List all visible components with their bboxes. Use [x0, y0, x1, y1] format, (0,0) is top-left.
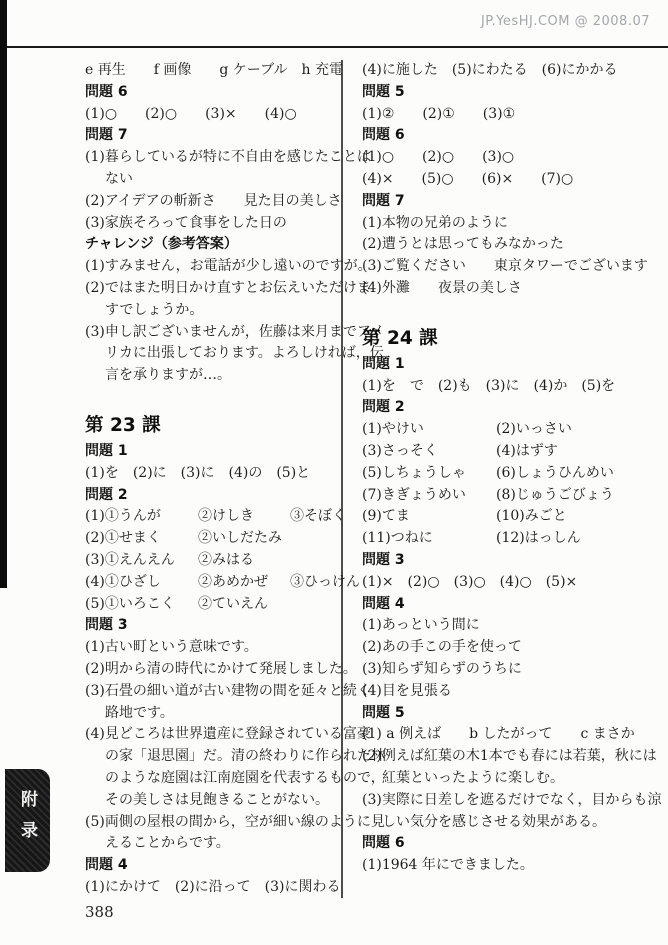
answer-row: (5)しちょうしゃ(6)しょうひんめい: [362, 463, 654, 485]
answer-line: (3)ご覧ください 東京タワーでございます: [362, 256, 654, 278]
answer-cell: (1)やけい: [362, 419, 496, 441]
answer-line: (1)にかけて (2)に沿って (3)に関わる: [85, 877, 341, 899]
answer-line: (3)家族そろって食事をした日の: [85, 213, 341, 235]
answer-row: (1)やけい(2)いっさい: [362, 419, 654, 441]
answer-cell: ②ていえん: [198, 594, 290, 616]
answer-line-continuation: ない: [85, 169, 341, 191]
answer-row: (3)さっそく(4)はずす: [362, 441, 654, 463]
answer-line-continuation: しい気分を感じさせる効果がある。: [362, 812, 654, 834]
answer-line: (1)本物の兄弟のように: [362, 213, 654, 235]
appendix-tab: 附录: [5, 769, 50, 872]
answer-line: (3)申し訳ございませんが，佐藤は来月までアメ: [85, 322, 341, 344]
problem-heading: チャレンジ（参考答案）: [85, 234, 341, 256]
answer-cell: (2)①せまく: [85, 528, 198, 550]
answer-cell: (5)①いろこく: [85, 594, 198, 616]
answer-row: (9)てま(10)みごと: [362, 506, 654, 528]
answer-line-continuation: えることからです。: [85, 833, 341, 855]
answer-cell: ③ひっけん: [290, 572, 360, 594]
answer-row: (1)①うんが②けしき③そぼく: [85, 506, 341, 528]
answer-cell: (1)①うんが: [85, 506, 198, 528]
answer-cell: (8)じゅうごびょう: [496, 485, 614, 507]
problem-heading: 問題 2: [362, 397, 654, 419]
problem-heading: 問題 6: [362, 833, 654, 855]
problem-heading: 問題 4: [85, 855, 341, 877]
answer-cell: (2)いっさい: [496, 419, 572, 441]
answer-line: (1)× (2)○ (3)○ (4)○ (5)×: [362, 572, 654, 594]
answer-row: (5)①いろこく②ていえん: [85, 594, 341, 616]
answer-line: (5)両側の屋根の間から，空が細い線のように見: [85, 812, 341, 834]
answer-line: (1) a 例えば b したがって c まさか: [362, 724, 654, 746]
answer-cell: (7)きぎょうめい: [362, 485, 496, 507]
answer-cell: (5)しちょうしゃ: [362, 463, 496, 485]
page-number: 388: [85, 903, 114, 921]
answer-cell: ②いしだたみ: [198, 528, 290, 550]
answer-cell: (12)はっしん: [496, 528, 581, 550]
answer-line: (4)× (5)○ (6)× (7)○: [362, 169, 654, 191]
appendix-tab-label: 附录: [15, 790, 40, 852]
answer-line: (3)実際に日差しを遮るだけでなく，目からも涼: [362, 790, 654, 812]
answer-line: (1)あっという間に: [362, 615, 654, 637]
answer-line: (2)遭うとは思ってもみなかった: [362, 234, 654, 256]
answer-line: (4)に施した (5)にわたる (6)にかかる: [362, 60, 654, 82]
answer-line: (1)暮らしているが特に不自由を感じたことは: [85, 147, 341, 169]
answer-line-continuation: 紅葉といったように楽しむ。: [362, 768, 654, 790]
answer-line: (4)見どころは世界遺産に登録されている富豪: [85, 724, 341, 746]
problem-heading: 問題 5: [362, 703, 654, 725]
answer-line-continuation: その美しさは見飽きることがない。: [85, 790, 341, 812]
answer-line: (1)古い町という意味です。: [85, 637, 341, 659]
answer-cell: (4)①ひざし: [85, 572, 198, 594]
answer-cell: ③そぼく: [290, 506, 346, 528]
problem-heading: 問題 3: [85, 615, 341, 637]
problem-heading: 問題 3: [362, 550, 654, 572]
problem-heading: 問題 5: [362, 82, 654, 104]
chapter-heading: 第 23 課: [85, 411, 341, 441]
answer-line: (1)を (2)に (3)に (4)の (5)と: [85, 463, 341, 485]
right-column: (4)に施した (5)にわたる (6)にかかる問題 5(1)② (2)① (3)…: [362, 60, 654, 877]
answer-line: (1)○ (2)○ (3)○: [362, 147, 654, 169]
answer-cell: (9)てま: [362, 506, 496, 528]
answer-line: e 再生 f 画像 g ケーブル h 充電: [85, 60, 341, 82]
answer-row: (7)きぎょうめい(8)じゅうごびょう: [362, 485, 654, 507]
answer-line: (2)ではまた明日かけ直すとお伝えいただけま: [85, 278, 341, 300]
header-rule: [0, 46, 668, 48]
answer-cell: (3)さっそく: [362, 441, 496, 463]
answer-cell: (6)しょうひんめい: [496, 463, 614, 485]
problem-heading: 問題 2: [85, 485, 341, 507]
answer-line: (2)例えば紅葉の木1本でも春には若葉，秋には: [362, 746, 654, 768]
chapter-heading: 第 24 課: [362, 324, 654, 354]
answer-line: (1)1964 年にできました。: [362, 855, 654, 877]
answer-line: (1)② (2)① (3)①: [362, 104, 654, 126]
problem-heading: 問題 1: [362, 354, 654, 376]
answer-line-continuation: 路地です。: [85, 703, 341, 725]
answer-line-continuation: 言を承りますが…。: [85, 365, 341, 387]
answer-line: (2)アイデアの斬新さ 見た目の美しさ: [85, 191, 341, 213]
scanned-answer-page: JP.YesHJ.COM @ 2008.07 e 再生 f 画像 g ケーブル …: [0, 0, 668, 945]
answer-line-continuation: すでしょうか。: [85, 300, 341, 322]
answer-line: (1)すみません，お電話が少し遠いのですが。: [85, 256, 341, 278]
answer-row: (3)①えんえん②みはる: [85, 550, 341, 572]
answer-row: (11)つねに(12)はっしん: [362, 528, 654, 550]
left-scan-edge: [0, 0, 7, 588]
answer-row: (4)①ひざし②あめかぜ③ひっけん: [85, 572, 341, 594]
answer-row: (2)①せまく②いしだたみ: [85, 528, 341, 550]
left-column: e 再生 f 画像 g ケーブル h 充電問題 6(1)○ (2)○ (3)× …: [85, 60, 341, 899]
answer-line: (4)目を見張る: [362, 681, 654, 703]
problem-heading: 問題 7: [85, 125, 341, 147]
problem-heading: 問題 6: [362, 125, 654, 147]
answer-cell: (10)みごと: [496, 506, 567, 528]
answer-cell: (4)はずす: [496, 441, 558, 463]
watermark: JP.YesHJ.COM @ 2008.07: [481, 14, 650, 29]
answer-line-continuation: のような庭園は江南庭園を代表するもので，: [85, 768, 341, 790]
answer-line: (3)知らず知らずのうちに: [362, 659, 654, 681]
answer-line: (4)外灘 夜景の美しさ: [362, 278, 654, 300]
answer-line: (1)を で (2)も (3)に (4)か (5)を: [362, 376, 654, 398]
answer-line: (1)○ (2)○ (3)× (4)○: [85, 104, 341, 126]
answer-line: (3)石畳の細い道が古い建物の間を延々と続く: [85, 681, 341, 703]
problem-heading: 問題 4: [362, 594, 654, 616]
problem-heading: 問題 7: [362, 191, 654, 213]
answer-line: (2)明から清の時代にかけて発展しました。: [85, 659, 341, 681]
answer-cell: ②けしき: [198, 506, 290, 528]
answer-cell: (11)つねに: [362, 528, 496, 550]
answer-line-continuation: の家「退思園」だ。清の終わりに作られた林: [85, 746, 341, 768]
answer-line: (2)あの手この手を使って: [362, 637, 654, 659]
answer-cell: ②みはる: [198, 550, 290, 572]
answer-line-continuation: リカに出張しております。よろしければ，伝: [85, 343, 341, 365]
answer-cell: ②あめかぜ: [198, 572, 290, 594]
problem-heading: 問題 6: [85, 82, 341, 104]
problem-heading: 問題 1: [85, 441, 341, 463]
answer-cell: (3)①えんえん: [85, 550, 198, 572]
